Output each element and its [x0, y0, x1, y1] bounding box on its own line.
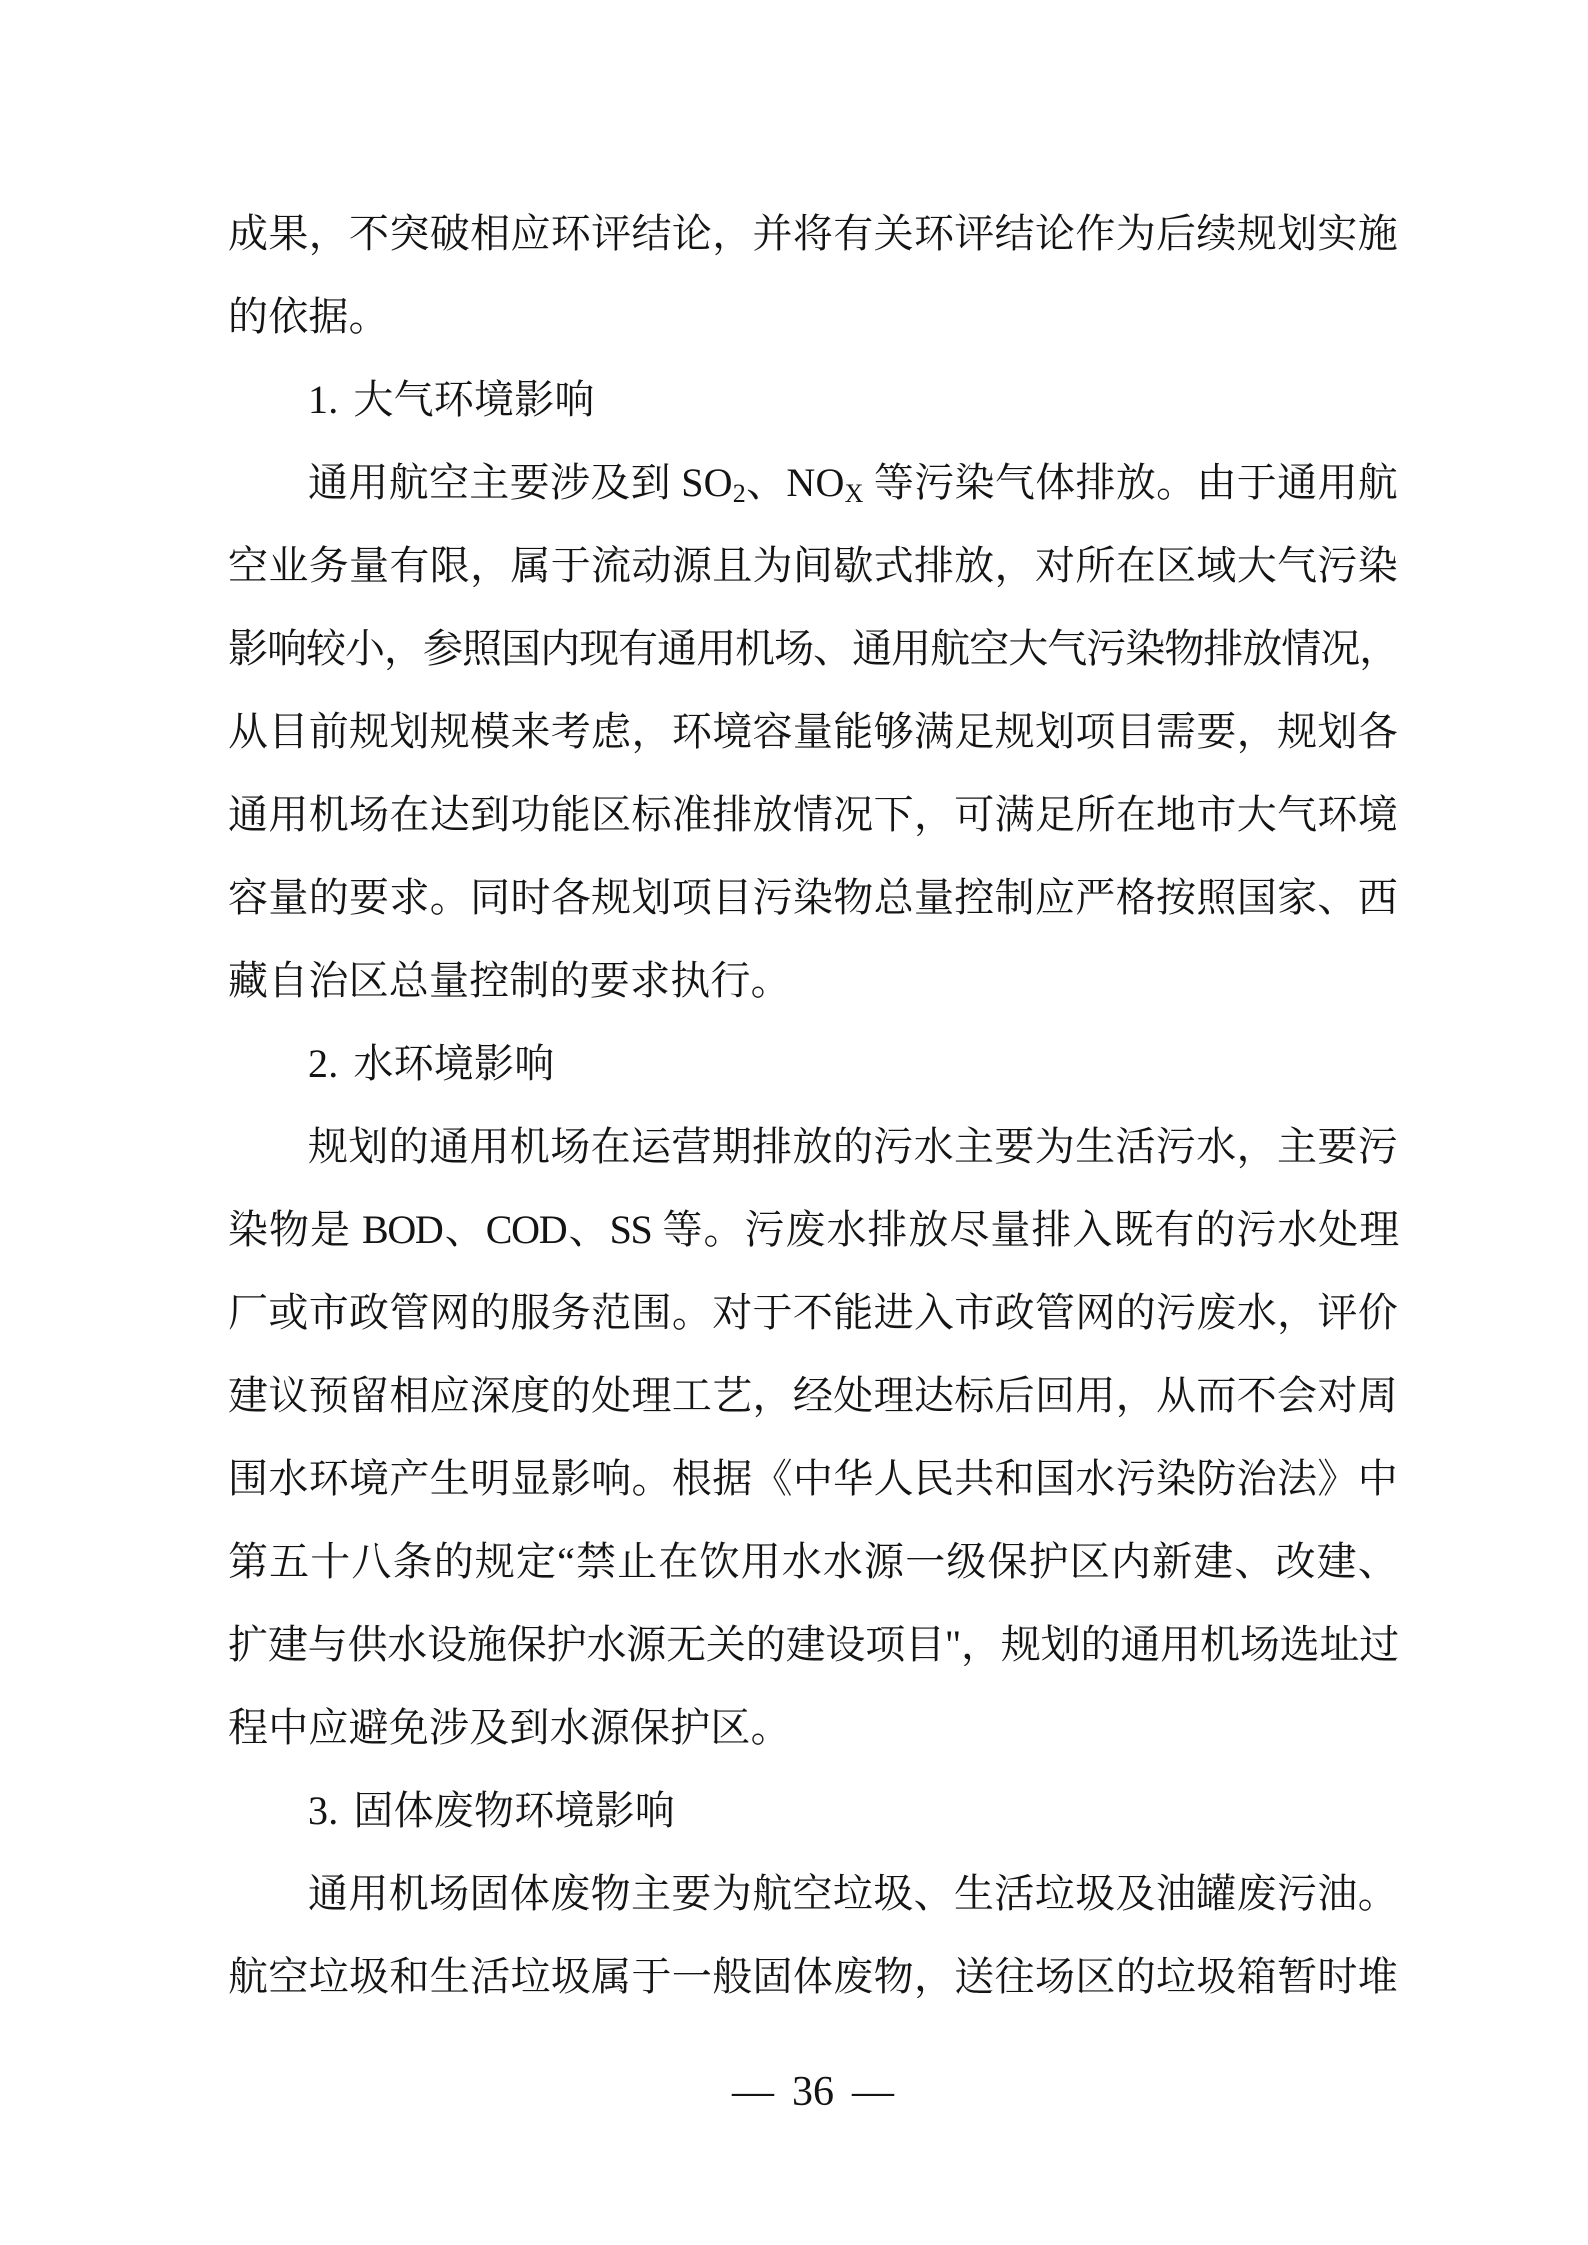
- text-line: 厂或市政管网的服务范围。对于不能进入市政管网的污废水，评价: [228, 1271, 1398, 1354]
- document-body: 成果，不突破相应环评结论，并将有关环评结论作为后续规划实施 的依据。 1.大气环…: [228, 192, 1398, 2018]
- text-line: 影响较小，参照国内现有通用机场、通用航空大气污染物排放情况，: [228, 607, 1398, 690]
- text-line: 空业务量有限，属于流动源且为间歇式排放，对所在区域大气污染: [228, 524, 1398, 607]
- footer-dash-left: —: [732, 2069, 774, 2115]
- text-line: 染物是 BOD、COD、SS 等。污废水排放尽量排入既有的污水处理: [228, 1188, 1398, 1271]
- text-line: 容量的要求。同时各规划项目污染物总量控制应严格按照国家、西: [228, 856, 1398, 939]
- text-line: 通用机场固体废物主要为航空垃圾、生活垃圾及油罐废污油。: [228, 1852, 1398, 1935]
- section-heading: 3.固体废物环境影响: [228, 1769, 1398, 1852]
- page-number: 36: [792, 2069, 834, 2115]
- text-line: 通用机场在达到功能区标准排放情况下，可满足所在地市大气环境: [228, 773, 1398, 856]
- document-page: 成果，不突破相应环评结论，并将有关环评结论作为后续规划实施 的依据。 1.大气环…: [0, 0, 1588, 2245]
- footer-dash-right: —: [852, 2069, 894, 2115]
- text-line: 通用航空主要涉及到 SO2、NOX 等污染气体排放。由于通用航: [228, 441, 1398, 524]
- text-line: 藏自治区总量控制的要求执行。: [228, 939, 1398, 1022]
- text-line: 围水环境产生明显影响。根据《中华人民共和国水污染防治法》中: [228, 1437, 1398, 1520]
- text-line: 第五十八条的规定“禁止在饮用水水源一级保护区内新建、改建、: [228, 1520, 1398, 1603]
- text-line: 建议预留相应深度的处理工艺，经处理达标后回用，从而不会对周: [228, 1354, 1398, 1437]
- page-footer: —36—: [228, 2062, 1398, 2122]
- text-line: 航空垃圾和生活垃圾属于一般固体废物，送往场区的垃圾箱暂时堆: [228, 1935, 1398, 2018]
- text-line: 从目前规划规模来考虑，环境容量能够满足规划项目需要，规划各: [228, 690, 1398, 773]
- section-heading: 2.水环境影响: [228, 1022, 1398, 1105]
- text-line: 的依据。: [228, 275, 1398, 358]
- section-heading: 1.大气环境影响: [228, 358, 1398, 441]
- text-line: 规划的通用机场在运营期排放的污水主要为生活污水，主要污: [228, 1105, 1398, 1188]
- text-line: 扩建与供水设施保护水源无关的建设项目"，规划的通用机场选址过: [228, 1603, 1398, 1686]
- text-line: 成果，不突破相应环评结论，并将有关环评结论作为后续规划实施: [228, 192, 1398, 275]
- text-line: 程中应避免涉及到水源保护区。: [228, 1686, 1398, 1769]
